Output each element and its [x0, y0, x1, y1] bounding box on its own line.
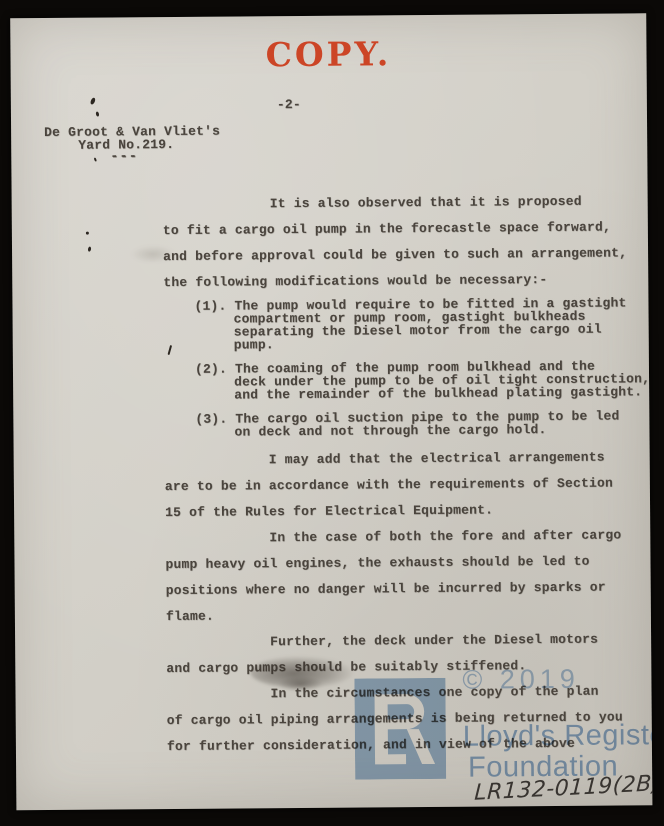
typed-line: pump. — [234, 338, 274, 351]
typed-line: and before approval could be given to su… — [163, 246, 627, 263]
typed-line: I may add that the electrical arrangemen… — [269, 451, 605, 467]
typed-line: 15 of the Rules for Electrical Equipment… — [165, 503, 493, 519]
typed-line: and the remainder of the bulkhead platin… — [234, 385, 642, 401]
paper-speck — [95, 111, 99, 117]
reference-block: De Groot & Van Vliet's Yard No.219. --- — [10, 13, 646, 18]
scan-background: COPY. -2- De Groot & Van Vliet's Yard No… — [0, 0, 664, 826]
paper-speck — [86, 232, 89, 235]
typed-line: In the case of both the fore and after c… — [269, 528, 621, 544]
reference-underline: --- — [110, 149, 138, 162]
handwritten-reference: LR132-0119(2B) — [474, 771, 653, 806]
typed-line: on deck and not through the cargo hold. — [234, 423, 546, 438]
typed-body: It is also observed that it is proposedt… — [10, 13, 646, 18]
paper-speck — [94, 157, 97, 161]
copy-stamp: COPY. — [10, 32, 646, 76]
paper-speck — [90, 97, 96, 105]
page-number: -2- — [277, 98, 301, 111]
typed-line: Further, the deck under the Diesel motor… — [270, 633, 598, 649]
typed-line: of cargo oil piping arrangements is bein… — [167, 710, 623, 727]
typed-line: separating the Diesel motor from the car… — [234, 323, 602, 339]
typed-line: It is also observed that it is proposed — [270, 195, 582, 210]
typed-line: pump heavy oil engines, the exhausts sho… — [165, 555, 589, 571]
typed-line: to fit a cargo oil pump in the forecastl… — [163, 221, 611, 238]
typed-line: flame. — [166, 610, 214, 623]
typed-line: are to be in accordance with the require… — [165, 477, 613, 494]
paper-speck — [88, 246, 92, 251]
document-page: COPY. -2- De Groot & Van Vliet's Yard No… — [10, 13, 652, 810]
typed-line: the following modifications would be nec… — [163, 273, 547, 289]
typed-line: positions where no danger will be incurr… — [166, 581, 606, 597]
typed-line: for further consideration, and in view o… — [167, 737, 575, 753]
paper-speck — [168, 345, 173, 355]
